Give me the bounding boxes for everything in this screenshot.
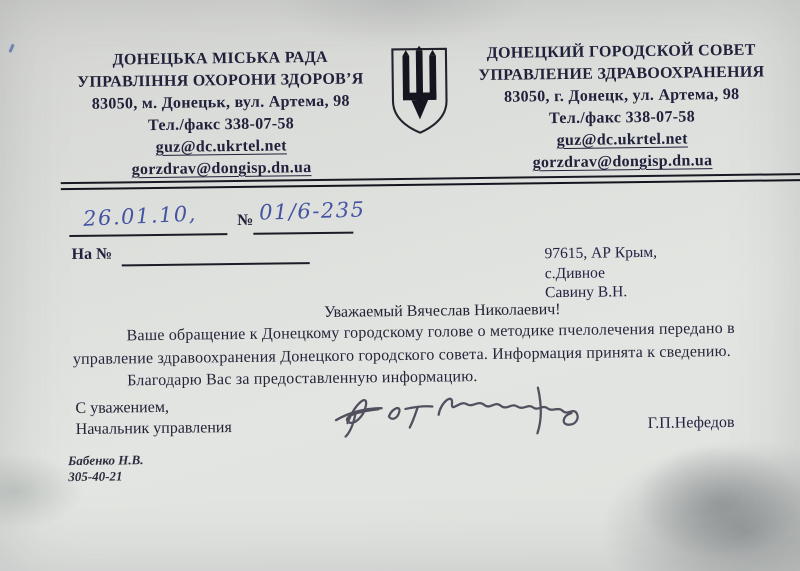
recipient-region: 97615, АР Крым, (545, 243, 658, 264)
executor-name: Бабенко Н.В. (68, 452, 144, 469)
trident-glyph (402, 46, 436, 120)
letterhead-right: ДОНЕЦКИЙ ГОРОДСКОЙ СОВЕТ УПРАВЛЕНИЕ ЗДРА… (455, 39, 789, 175)
org-address-ru: 83050, г. Донецк, ул. Артема, 98 (456, 83, 788, 109)
scanned-letter: ДОНЕЦЬКА МІСЬКА РАДА УПРАВЛІННЯ ОХОРОНИ … (0, 0, 800, 571)
recipient-settlement: с.Дивное (545, 262, 658, 283)
closing-block: С уважением, Начальник управления (75, 396, 232, 440)
handwritten-date: 26.01.10, (83, 202, 198, 231)
reply-to-underline (122, 262, 310, 266)
closing-position: Начальник управления (76, 417, 232, 440)
date-underline (69, 233, 227, 237)
org-address-uk: 83050, м. Донецьк, вул. Артема, 98 (62, 90, 380, 116)
recipient-block: 97615, АР Крым, с.Дивное Савину В.Н. (545, 243, 658, 303)
letter-sheet: ДОНЕЦЬКА МІСЬКА РАДА УПРАВЛІННЯ ОХОРОНИ … (0, 0, 800, 571)
handwritten-number: 01/6-235 (259, 197, 366, 224)
org-email-2-ru: gorzdrav@dongisp.dn.ua (456, 149, 788, 175)
closing-regards: С уважением, (75, 396, 231, 419)
signer-name: Г.П.Нефедов (648, 414, 735, 433)
handwritten-signature (333, 379, 596, 438)
executor-phone: 305-40-21 (68, 468, 144, 485)
number-label: № (237, 212, 253, 230)
reply-to-label: На № (71, 246, 112, 264)
stray-pen-mark (8, 44, 14, 53)
number-underline (253, 232, 353, 235)
ukraine-trident-emblem (385, 45, 454, 138)
letterhead-left: ДОНЕЦЬКА МІСЬКА РАДА УПРАВЛІННЯ ОХОРОНИ … (61, 46, 381, 182)
executor-block: Бабенко Н.В. 305-40-21 (68, 452, 144, 485)
